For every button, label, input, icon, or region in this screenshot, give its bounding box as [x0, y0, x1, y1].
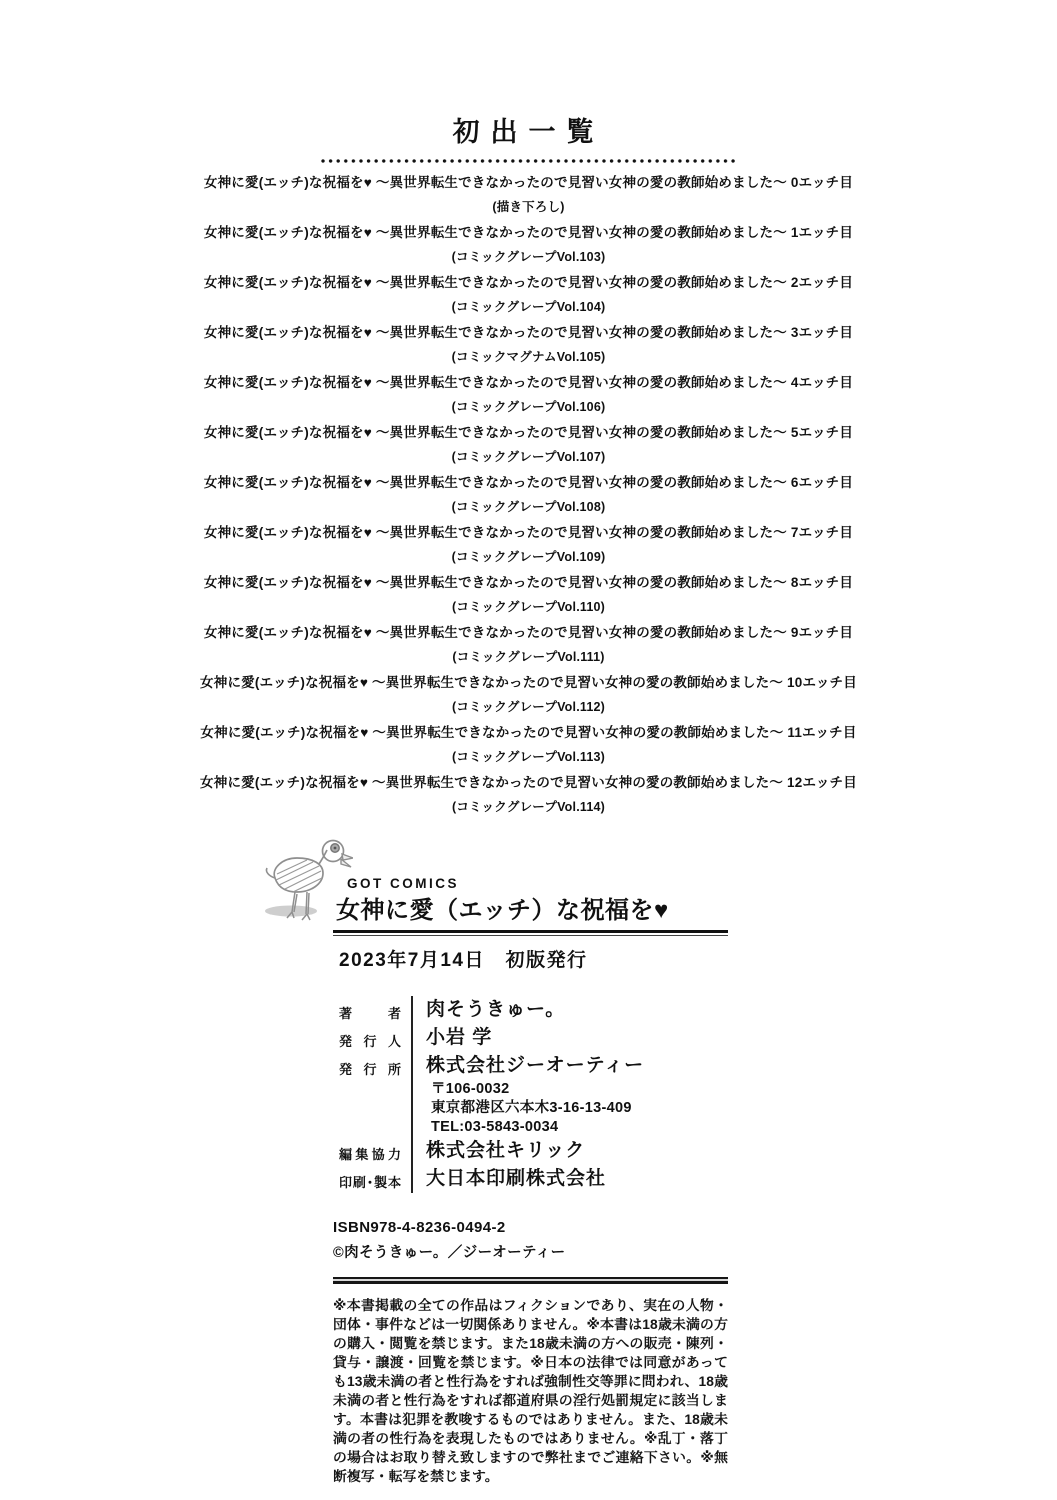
copyright: ©肉そうきゅー。／ジーオーティー	[333, 1241, 728, 1262]
entry-title: 女神に愛(エッチ)な祝福を♥ ～異世界転生できなかったので見習い女神の愛の教師始…	[0, 370, 1057, 395]
credit-label: 著者	[339, 996, 401, 1024]
imprint-label: GOT COMICS	[347, 876, 728, 891]
entry-title: 女神に愛(エッチ)な祝福を♥ ～異世界転生できなかったので見習い女神の愛の教師始…	[0, 470, 1057, 495]
disclaimer-divider	[333, 1277, 728, 1284]
isbn: ISBN978-4-8236-0494-2	[333, 1219, 728, 1236]
list-item: 女神に愛(エッチ)な祝福を♥ ～異世界転生できなかったので見習い女神の愛の教師始…	[0, 770, 1057, 820]
list-item: 女神に愛(エッチ)な祝福を♥ ～異世界転生できなかったので見習い女神の愛の教師始…	[0, 670, 1057, 720]
entry-source: (コミックグレープVol.112)	[0, 695, 1057, 720]
credit-row-publisher: 発行所 株式会社ジーオーティー 〒106-0032 東京都港区六本木3-16-1…	[339, 1052, 728, 1137]
entry-title: 女神に愛(エッチ)な祝福を♥ ～異世界転生できなかったので見習い女神の愛の教師始…	[0, 270, 1057, 295]
section-title: 初出一覧	[0, 116, 1057, 148]
credit-value: 株式会社キリック	[426, 1137, 728, 1165]
entry-title: 女神に愛(エッチ)な祝福を♥ ～異世界転生できなかったので見習い女神の愛の教師始…	[0, 570, 1057, 595]
list-item: 女神に愛(エッチ)な祝福を♥ ～異世界転生できなかったので見習い女神の愛の教師始…	[0, 470, 1057, 520]
entry-source: (コミックグレープVol.108)	[0, 495, 1057, 520]
entry-source: (コミックグレープVol.113)	[0, 745, 1057, 770]
credit-value: 大日本印刷株式会社	[426, 1165, 728, 1193]
entry-title: 女神に愛(エッチ)な祝福を♥ ～異世界転生できなかったので見習い女神の愛の教師始…	[0, 320, 1057, 345]
list-item: 女神に愛(エッチ)な祝福を♥ ～異世界転生できなかったので見習い女神の愛の教師始…	[0, 320, 1057, 370]
list-item: 女神に愛(エッチ)な祝福を♥ ～異世界転生できなかったので見習い女神の愛の教師始…	[0, 720, 1057, 770]
entry-title: 女神に愛(エッチ)な祝福を♥ ～異世界転生できなかったので見習い女神の愛の教師始…	[0, 220, 1057, 245]
credit-label: 発行所	[339, 1052, 401, 1137]
credit-value: 株式会社ジーオーティー	[426, 1052, 728, 1080]
entry-source: (コミックグレープVol.107)	[0, 445, 1057, 470]
credit-row-publisher-person: 発行人 小岩 学	[339, 1024, 728, 1052]
dotted-divider	[321, 159, 737, 163]
entry-title: 女神に愛(エッチ)な祝福を♥ ～異世界転生できなかったので見習い女神の愛の教師始…	[0, 620, 1057, 645]
entry-title: 女神に愛(エッチ)な祝福を♥ ～異世界転生できなかったので見習い女神の愛の教師始…	[0, 770, 1057, 795]
first-publication-section: 初出一覧 女神に愛(エッチ)な祝福を♥ ～異世界転生できなかったので見習い女神の…	[0, 116, 1057, 820]
credit-row-author: 著者 肉そうきゅー。	[339, 996, 728, 1024]
entry-source: (コミックグレープVol.106)	[0, 395, 1057, 420]
book-title: 女神に愛（エッチ）な祝福を♥	[336, 897, 728, 925]
entry-source: (コミックグレープVol.110)	[0, 595, 1057, 620]
list-item: 女神に愛(エッチ)な祝福を♥ ～異世界転生できなかったので見習い女神の愛の教師始…	[0, 620, 1057, 670]
publication-entries: 女神に愛(エッチ)な祝福を♥ ～異世界転生できなかったので見習い女神の愛の教師始…	[0, 170, 1057, 820]
title-divider	[333, 930, 728, 936]
edition-date: 2023年7月14日 初版発行	[339, 945, 728, 972]
publisher-phone: TEL:03-5843-0034	[426, 1118, 728, 1137]
credit-label: 印刷･製本	[339, 1165, 401, 1193]
entry-source: (コミックグレープVol.111)	[0, 645, 1057, 670]
colophon-page: 初出一覧 女神に愛(エッチ)な祝福を♥ ～異世界転生できなかったので見習い女神の…	[0, 0, 1057, 1500]
entry-title: 女神に愛(エッチ)な祝福を♥ ～異世界転生できなかったので見習い女神の愛の教師始…	[0, 720, 1057, 745]
legal-disclaimer: ※本書掲載の全ての作品はフィクションであり、実在の人物・団体・事件などは一切関係…	[333, 1296, 728, 1486]
credit-row-printing: 印刷･製本 大日本印刷株式会社	[339, 1165, 728, 1193]
entry-title: 女神に愛(エッチ)な祝福を♥ ～異世界転生できなかったので見習い女神の愛の教師始…	[0, 170, 1057, 195]
entry-source: (コミックグレープVol.109)	[0, 545, 1057, 570]
list-item: 女神に愛(エッチ)な祝福を♥ ～異世界転生できなかったので見習い女神の愛の教師始…	[0, 370, 1057, 420]
entry-title: 女神に愛(エッチ)な祝福を♥ ～異世界転生できなかったので見習い女神の愛の教師始…	[0, 520, 1057, 545]
entry-source: (コミックグレープVol.103)	[0, 245, 1057, 270]
credit-value: 肉そうきゅー。	[426, 996, 728, 1024]
credit-body: 株式会社ジーオーティー 〒106-0032 東京都港区六本木3-16-13-40…	[411, 1052, 728, 1137]
credits-table: 著者 肉そうきゅー。 発行人 小岩 学 発行所 株式会社ジーオーティー 〒106…	[339, 996, 728, 1193]
credit-body: 小岩 学	[411, 1024, 728, 1052]
sketchy-bird-icon	[261, 838, 353, 934]
credit-label: 編集協力	[339, 1137, 401, 1165]
credit-label: 発行人	[339, 1024, 401, 1052]
entry-source: (コミックグレープVol.104)	[0, 295, 1057, 320]
entry-source: (コミックマグナムVol.105)	[0, 345, 1057, 370]
credit-body: 大日本印刷株式会社	[411, 1165, 728, 1193]
credit-row-editing: 編集協力 株式会社キリック	[339, 1137, 728, 1165]
publisher-postal-code: 〒106-0032	[426, 1080, 728, 1099]
entry-title: 女神に愛(エッチ)な祝福を♥ ～異世界転生できなかったので見習い女神の愛の教師始…	[0, 420, 1057, 445]
list-item: 女神に愛(エッチ)な祝福を♥ ～異世界転生できなかったので見習い女神の愛の教師始…	[0, 270, 1057, 320]
list-item: 女神に愛(エッチ)な祝福を♥ ～異世界転生できなかったので見習い女神の愛の教師始…	[0, 420, 1057, 470]
credit-body: 肉そうきゅー。	[411, 996, 728, 1024]
list-item: 女神に愛(エッチ)な祝福を♥ ～異世界転生できなかったので見習い女神の愛の教師始…	[0, 570, 1057, 620]
entry-title: 女神に愛(エッチ)な祝福を♥ ～異世界転生できなかったので見習い女神の愛の教師始…	[0, 670, 1057, 695]
entry-source: (コミックグレープVol.114)	[0, 795, 1057, 820]
list-item: 女神に愛(エッチ)な祝福を♥ ～異世界転生できなかったので見習い女神の愛の教師始…	[0, 170, 1057, 220]
list-item: 女神に愛(エッチ)な祝福を♥ ～異世界転生できなかったので見習い女神の愛の教師始…	[0, 520, 1057, 570]
credit-value: 小岩 学	[426, 1024, 728, 1052]
publisher-address: 東京都港区六本木3-16-13-409	[426, 1099, 728, 1118]
credit-body: 株式会社キリック	[411, 1137, 728, 1165]
list-item: 女神に愛(エッチ)な祝福を♥ ～異世界転生できなかったので見習い女神の愛の教師始…	[0, 220, 1057, 270]
entry-source: (描き下ろし)	[0, 195, 1057, 220]
colophon-section: GOT COMICS 女神に愛（エッチ）な祝福を♥ 2023年7月14日 初版発…	[333, 838, 728, 1486]
